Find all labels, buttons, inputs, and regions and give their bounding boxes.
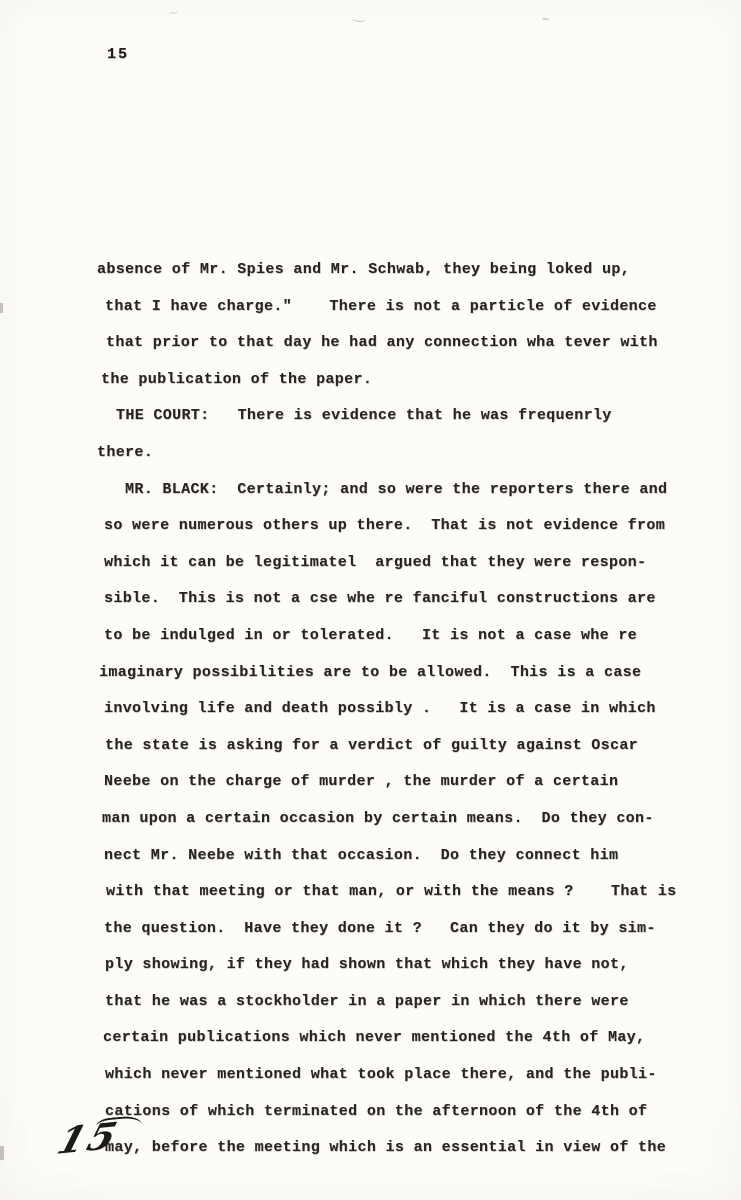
scan-edge-artifact [0,1146,4,1160]
text-line: to be indulged in or tolerated. It is no… [97,618,697,655]
text-line: that I have charge." There is not a part… [97,289,697,326]
text-line: certain publications which never mention… [97,1020,697,1057]
scan-edge-artifact [0,303,3,313]
text-line: the question. Have they done it ? Can th… [97,911,697,948]
text-line: cations of which terminated on the after… [97,1094,697,1131]
typed-text-body: absence of Mr. Spies and Mr. Schwab, the… [97,252,697,1167]
text-line: that prior to that day he had any connec… [97,325,697,362]
smudge-mark: ‿ [353,7,365,23]
text-line: so were numerous others up there. That i… [97,508,697,545]
text-line: MR. BLACK: Certainly; and so were the re… [97,472,697,509]
text-line: THE COURT: There is evidence that he was… [97,398,697,435]
text-line: the publication of the paper. [97,362,697,399]
document-page: ~ ‿ ‗ 15 absence of Mr. Spies and Mr. Sc… [0,0,741,1200]
text-line: that he was a stockholder in a paper in … [97,984,697,1021]
handwritten-page-number: 15 [52,1108,162,1168]
text-line: Neebe on the charge of murder , the murd… [97,764,697,801]
text-line: which never mentioned what took place th… [97,1057,697,1094]
smudge-mark: ~ [167,5,180,22]
text-line: ply showing, if they had shown that whic… [97,947,697,984]
text-line: nect Mr. Neebe with that occasion. Do th… [97,838,697,875]
text-line: the state is asking for a verdict of gui… [97,728,697,765]
typed-page-number: 15 [107,46,129,63]
text-line: imaginary possibilities are to be allowe… [97,655,697,692]
text-line: absence of Mr. Spies and Mr. Schwab, the… [97,252,697,289]
text-line: may, before the meeting which is an esse… [97,1130,697,1167]
text-line: man upon a certain occasion by certain m… [97,801,697,838]
handwritten-numeral: 15 [52,1113,125,1163]
smudge-mark: ‗ [542,6,550,21]
text-line: which it can be legitimatel argued that … [97,545,697,582]
text-line: with that meeting or that man, or with t… [97,874,697,911]
text-line: sible. This is not a cse whe re fanciful… [97,581,697,618]
text-line: involving life and death possibly . It i… [97,691,697,728]
text-line: there. [97,435,697,472]
